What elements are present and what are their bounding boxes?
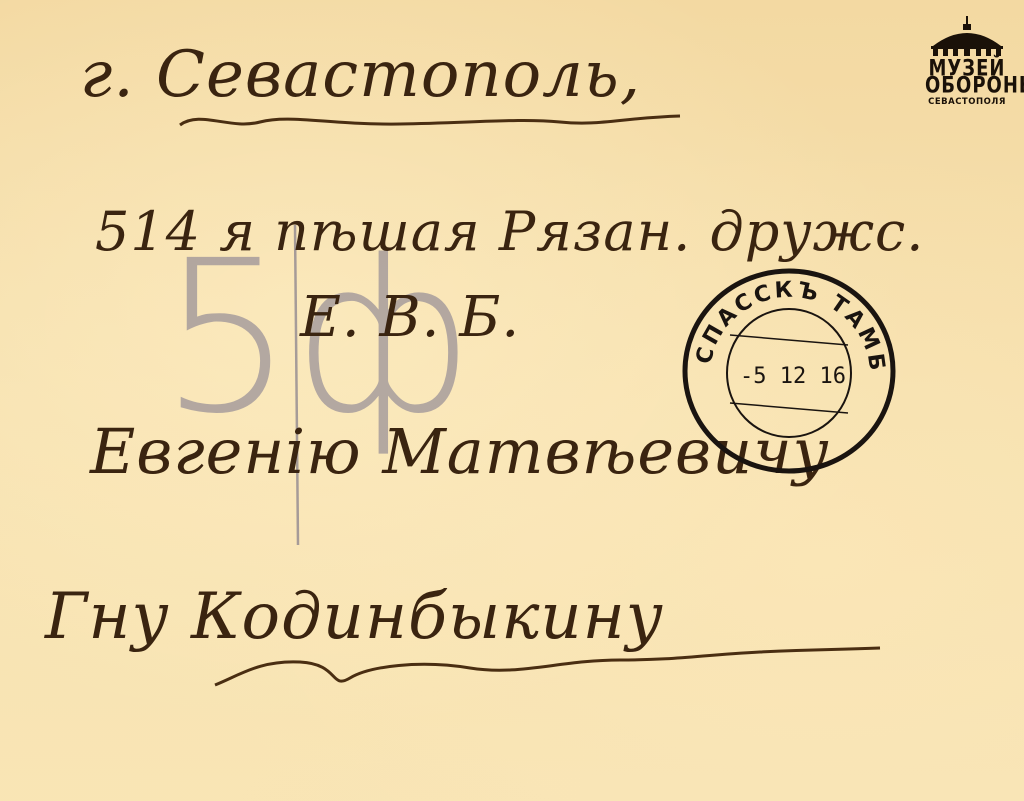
svg-text:СПАССКЪ ТАМБ.: СПАССКЪ ТАМБ. (680, 265, 889, 375)
postmark-date: -5 12 16 (740, 364, 846, 389)
recipient-surname: Гну Кодинбыкину (45, 580, 664, 654)
address-city: г. Севастополь, (80, 38, 641, 112)
postmark: СПАССКЪ ТАМБ. -5 12 16 (680, 265, 898, 477)
address-initials: Е. В. Б. (300, 285, 520, 350)
museum-logo: МУЗЕЙ ОБОРОНЫ СЕВАСТОПОЛЯ (925, 16, 1009, 107)
address-unit: 514 я пѣшая Рязан. дружс. (95, 200, 924, 263)
dome-building-icon (927, 16, 1007, 56)
postmark-town: СПАССКЪ ТАМБ. (680, 265, 889, 375)
city-underline (180, 116, 680, 125)
logo-line-2: ОБОРОНЫ (925, 75, 1009, 96)
